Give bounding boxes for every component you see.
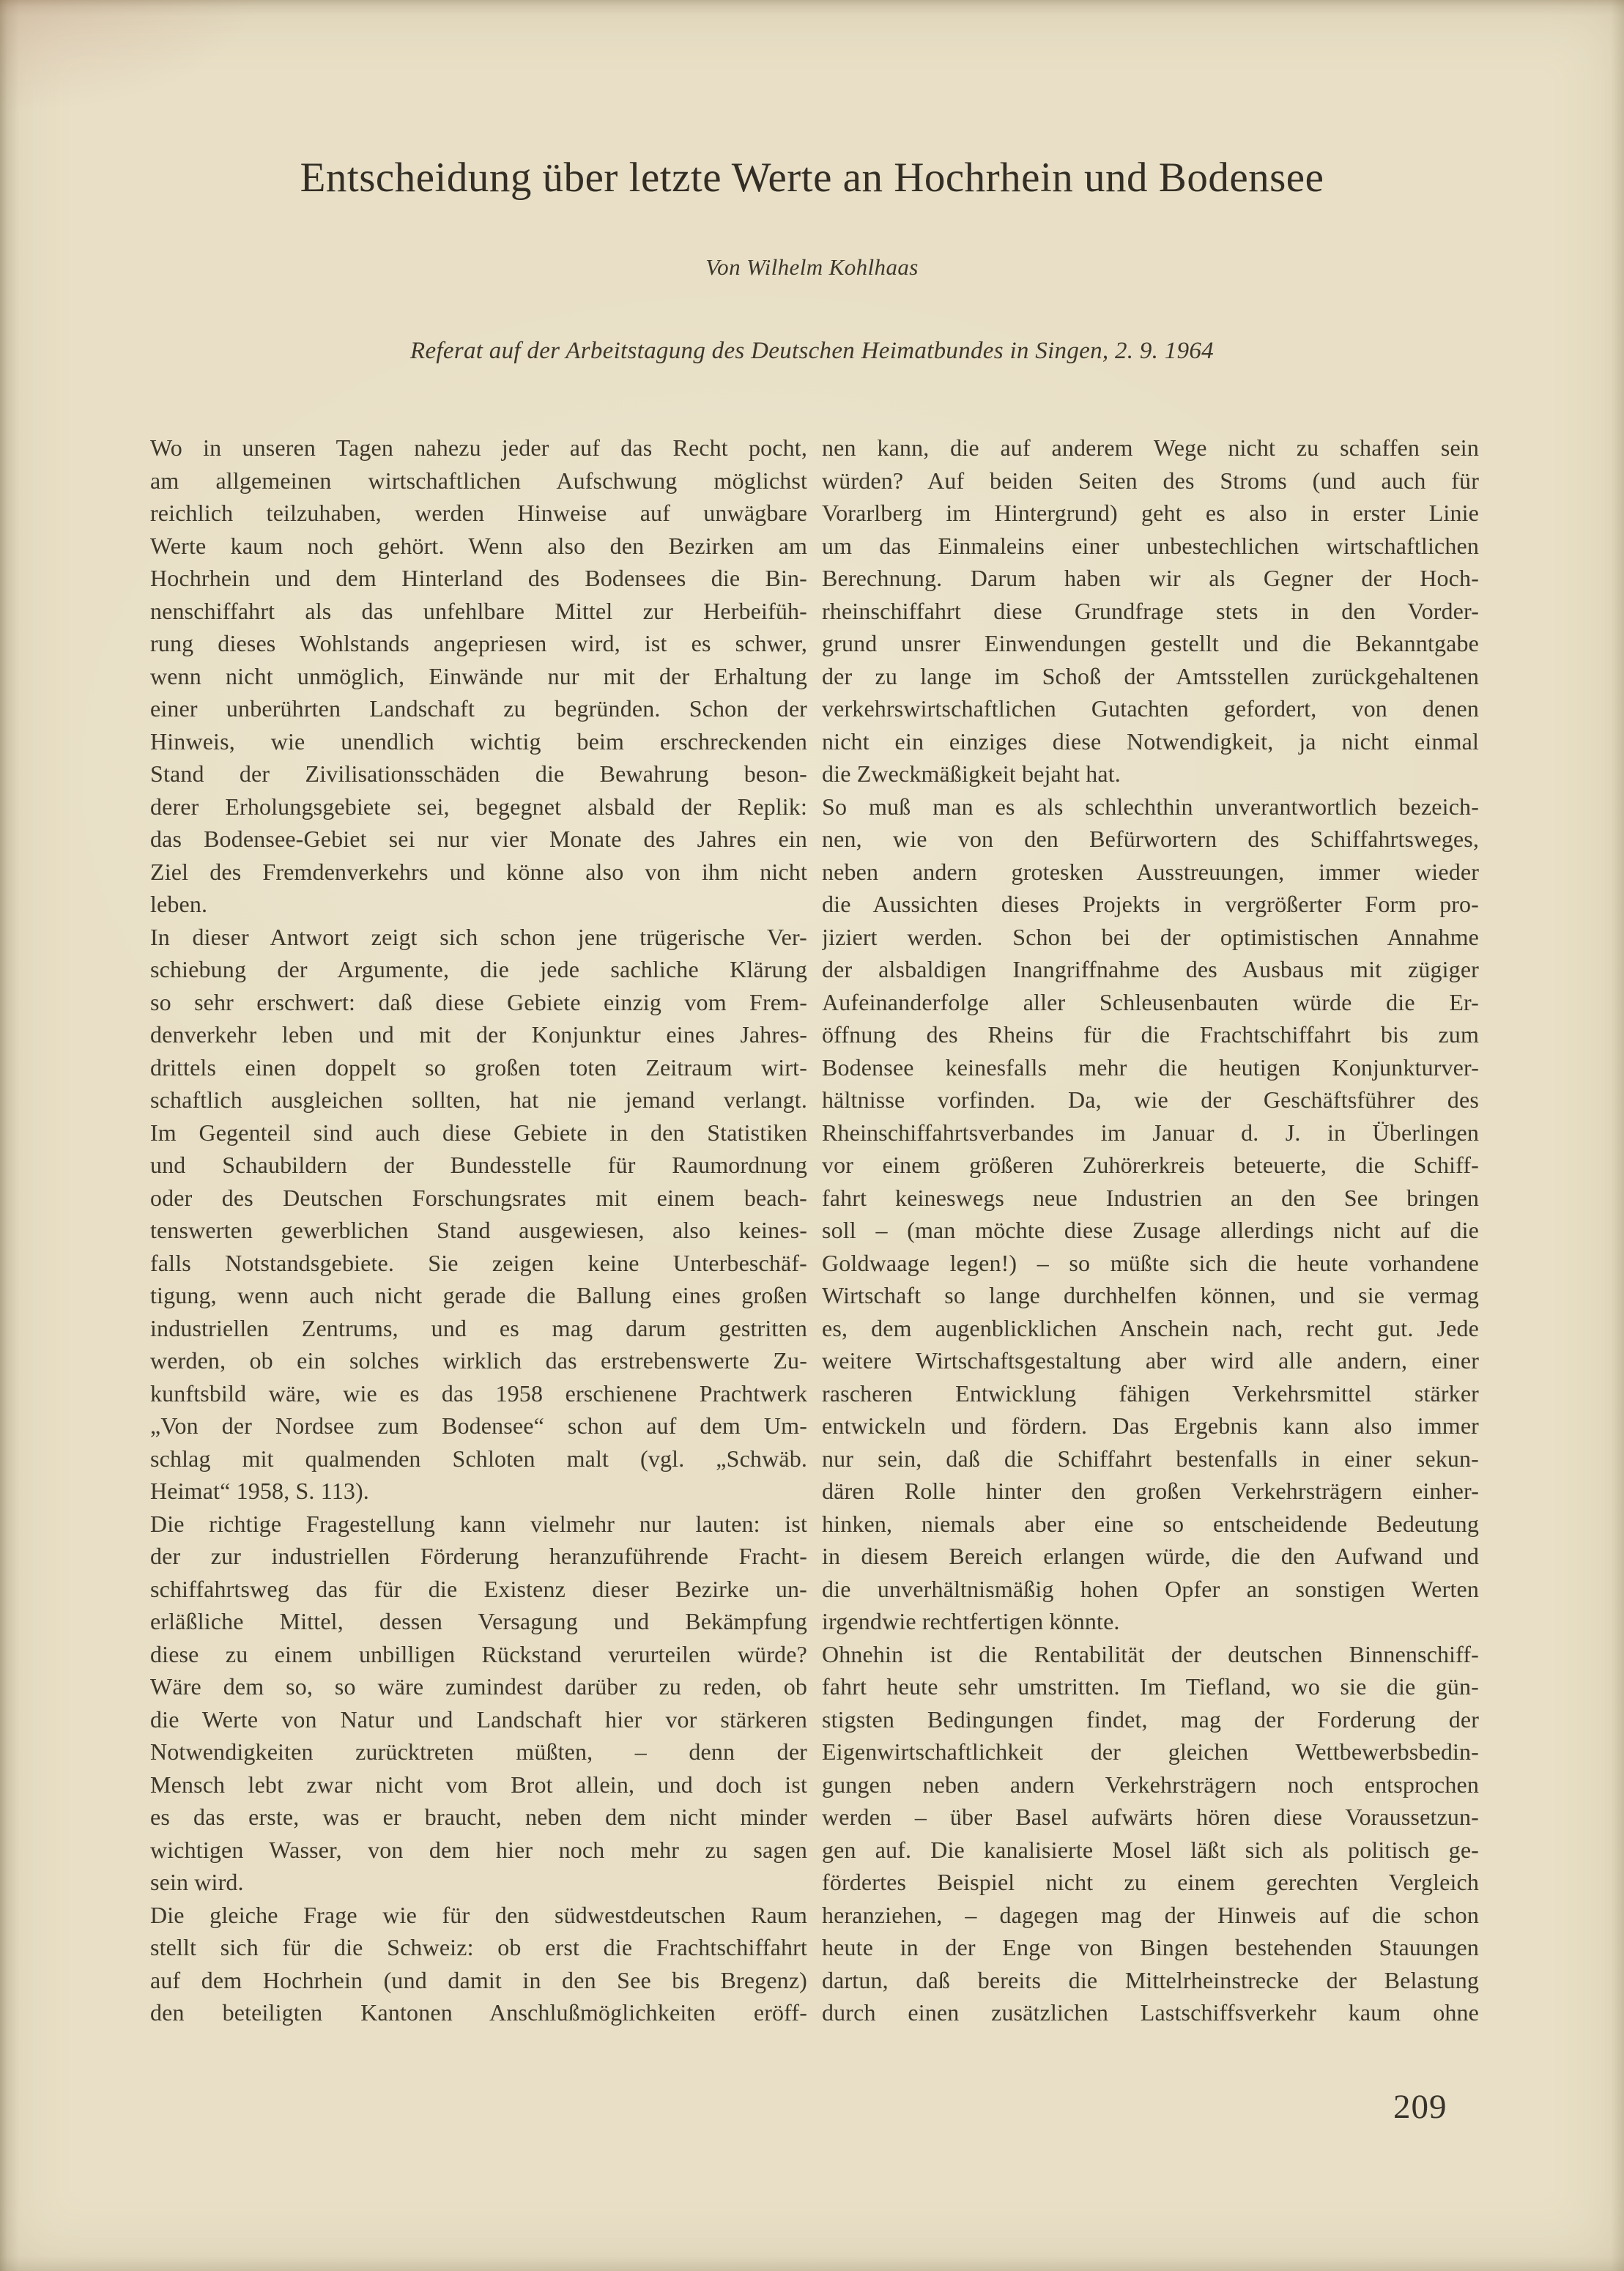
text-line: so sehr erschwert: daß diese Gebiete ein… [150, 986, 807, 1019]
text-line: kunftsbild wäre, wie es das 1958 erschie… [150, 1377, 807, 1410]
text-line: heranziehen, – dagegen mag der Hinweis a… [822, 1899, 1479, 1932]
article-subtitle: Referat auf der Arbeitstagung des Deutsc… [0, 338, 1624, 365]
scanned-page: Entscheidung über letzte Werte an Hochrh… [0, 0, 1624, 2271]
text-line: industriellen Zentrums, und es mag darum… [150, 1312, 807, 1345]
text-line: nen kann, die auf anderem Wege nicht zu … [822, 431, 1479, 464]
text-line: Die gleiche Frage wie für den südwestdeu… [150, 1899, 807, 1932]
text-line: heute in der Enge von Bingen bestehenden… [822, 1931, 1479, 1964]
text-line: neben andern grotesken Ausstreuungen, im… [822, 856, 1479, 889]
text-line: fördertes Beispiel nicht zu einem gerech… [822, 1866, 1479, 1899]
text-line: denverkehr leben und mit der Konjunktur … [150, 1018, 807, 1051]
text-line: drittels einen doppelt so großen toten Z… [150, 1051, 807, 1084]
text-line: die Werte von Natur und Landschaft hier … [150, 1703, 807, 1736]
text-line: soll – (man möchte diese Zusage allerdin… [822, 1214, 1479, 1247]
text-line: In dieser Antwort zeigt sich schon jene … [150, 921, 807, 954]
text-line: leben. [150, 888, 807, 921]
text-line: Hochrhein und dem Hinterland des Bodense… [150, 562, 807, 595]
text-line: der zur industriellen Förderung heranzuf… [150, 1540, 807, 1573]
text-line: fahrt keineswegs neue Industrien an den … [822, 1182, 1479, 1215]
text-line: „Von der Nordsee zum Bodensee“ schon auf… [150, 1409, 807, 1442]
text-line: Eigenwirtschaftlichkeit der gleichen Wet… [822, 1735, 1479, 1768]
text-line: die unverhältnismäßig hohen Opfer an son… [822, 1573, 1479, 1606]
text-line: durch einen zusätzlichen Lastschiffsverk… [822, 1996, 1479, 2029]
text-line: es, dem augenblicklichen Anschein nach, … [822, 1312, 1479, 1345]
text-line: rung dieses Wohlstands angepriesen wird,… [150, 627, 807, 660]
text-line: öffnung des Rheins für die Frachtschiffa… [822, 1018, 1479, 1051]
text-line: tigung, wenn auch nicht gerade die Ballu… [150, 1279, 807, 1312]
text-line: es das erste, was er braucht, neben dem … [150, 1801, 807, 1834]
text-line: falls Notstandsgebiete. Sie zeigen keine… [150, 1247, 807, 1280]
text-line: auf dem Hochrhein (und damit in den See … [150, 1964, 807, 1997]
text-line: stellt sich für die Schweiz: ob erst die… [150, 1931, 807, 1964]
article-byline: Von Wilhelm Kohlhaas [0, 254, 1624, 281]
text-line: weitere Wirtschaftsgestaltung aber wird … [822, 1344, 1479, 1377]
text-line: dären Rolle hinter den großen Verkehrstr… [822, 1475, 1479, 1508]
text-line: Mensch lebt zwar nicht vom Brot allein, … [150, 1768, 807, 1801]
text-line: vor einem größeren Zuhörerkreis beteuert… [822, 1149, 1479, 1182]
text-line: Stand der Zivilisationsschäden die Bewah… [150, 757, 807, 790]
text-line: sein wird. [150, 1866, 807, 1899]
article-title: Entscheidung über letzte Werte an Hochrh… [0, 154, 1624, 201]
text-line: Aufeinanderfolge aller Schleusenbauten w… [822, 986, 1479, 1019]
text-line: diese zu einem unbilligen Rückstand veru… [150, 1638, 807, 1671]
text-line: der alsbaldigen Inangriffnahme des Ausba… [822, 953, 1479, 986]
text-line: würden? Auf beiden Seiten des Stroms (un… [822, 464, 1479, 497]
text-line: das Bodensee-Gebiet sei nur vier Monate … [150, 823, 807, 856]
text-line: Ohnehin ist die Rentabilität der deutsch… [822, 1638, 1479, 1671]
text-line: werden – über Basel aufwärts hören diese… [822, 1801, 1479, 1834]
text-line: gen auf. Die kanalisierte Mosel läßt sic… [822, 1834, 1479, 1867]
text-line: Rheinschiffahrtsverbandes im Januar d. J… [822, 1116, 1479, 1149]
text-line: nicht ein einziges diese Notwendigkeit, … [822, 725, 1479, 758]
text-line: in diesem Bereich erlangen würde, die de… [822, 1540, 1479, 1573]
text-line: dartun, daß bereits die Mittelrheinstrec… [822, 1964, 1479, 1997]
text-line: Bodensee keinesfalls mehr die heutigen K… [822, 1051, 1479, 1084]
text-line: hältnisse vorfinden. Da, wie der Geschäf… [822, 1083, 1479, 1116]
text-line: grund unsrer Einwendungen gestellt und d… [822, 627, 1479, 660]
text-line: den beteiligten Kantonen Anschlußmöglich… [150, 1996, 807, 2029]
text-line: schaftlich ausgleichen sollten, hat nie … [150, 1083, 807, 1116]
text-line: schiebung der Argumente, die jede sachli… [150, 953, 807, 986]
text-line: gungen neben andern Verkehrsträgern noch… [822, 1768, 1479, 1801]
text-line: Hinweis, wie unendlich wichtig beim ersc… [150, 725, 807, 758]
text-line: werden, ob ein solches wirklich das erst… [150, 1344, 807, 1377]
text-line: nur sein, daß die Schiffahrt bestenfalls… [822, 1442, 1479, 1475]
text-line: derer Erholungsgebiete sei, begegnet als… [150, 790, 807, 823]
text-line: oder des Deutschen Forschungsrates mit e… [150, 1182, 807, 1215]
text-line: die Zweckmäßigkeit bejaht hat. [822, 757, 1479, 790]
text-line: hinken, niemals aber eine so entscheiden… [822, 1508, 1479, 1541]
page-number: 209 [1393, 2087, 1447, 2127]
text-line: Goldwaage legen!) – so müßte sich die he… [822, 1247, 1479, 1280]
text-line: Berechnung. Darum haben wir als Gegner d… [822, 562, 1479, 595]
text-line: einer unberührten Landschaft zu begründe… [150, 692, 807, 725]
text-line: nenschiffahrt als das unfehlbare Mittel … [150, 595, 807, 628]
text-line: reichlich teilzuhaben, werden Hinweise a… [150, 497, 807, 530]
text-line: Werte kaum noch gehört. Wenn also den Be… [150, 530, 807, 563]
text-line: schlag mit qualmenden Schloten malt (vgl… [150, 1442, 807, 1475]
text-line: irgendwie rechtfertigen könnte. [822, 1605, 1479, 1638]
text-line: stigsten Bedingungen findet, mag der For… [822, 1703, 1479, 1736]
text-line: Notwendigkeiten zurücktreten müßten, – d… [150, 1735, 807, 1768]
text-line: rheinschiffahrt diese Grundfrage stets i… [822, 595, 1479, 628]
text-line: und Schaubildern der Bundesstelle für Ra… [150, 1149, 807, 1182]
text-line: am allgemeinen wirtschaftlichen Aufschwu… [150, 464, 807, 497]
text-line: verkehrswirtschaftlichen Gutachten gefor… [822, 692, 1479, 725]
text-line: fahrt heute sehr umstritten. Im Tiefland… [822, 1670, 1479, 1703]
text-line: rascheren Entwicklung fähigen Verkehrsmi… [822, 1377, 1479, 1410]
text-line: Heimat“ 1958, S. 113). [150, 1475, 807, 1508]
text-line: wichtigen Wasser, von dem hier noch mehr… [150, 1834, 807, 1867]
text-line: tenswerten gewerblichen Stand ausgewiese… [150, 1214, 807, 1247]
text-line: jiziert werden. Schon bei der optimistis… [822, 921, 1479, 954]
text-line: erläßliche Mittel, dessen Versagung und … [150, 1605, 807, 1638]
text-line: die Aussichten dieses Projekts in vergrö… [822, 888, 1479, 921]
text-line: nen, wie von den Befürwortern des Schiff… [822, 823, 1479, 856]
text-line: Im Gegenteil sind auch diese Gebiete in … [150, 1116, 807, 1149]
text-line: Wäre dem so, so wäre zumindest darüber z… [150, 1670, 807, 1703]
text-line: So muß man es als schlechthin unverantwo… [822, 790, 1479, 823]
text-line: der zu lange im Schoß der Amtsstellen zu… [822, 660, 1479, 693]
text-line: Vorarlberg im Hintergrund) geht es also … [822, 497, 1479, 530]
text-line: um das Einmaleins einer unbestechlichen … [822, 530, 1479, 563]
text-line: entwickeln und fördern. Das Ergebnis kan… [822, 1409, 1479, 1442]
text-line: Ziel des Fremdenverkehrs und könne also … [150, 856, 807, 889]
text-line: Wirtschaft so lange durchhelfen können, … [822, 1279, 1479, 1312]
text-line: wenn nicht unmöglich, Einwände nur mit d… [150, 660, 807, 693]
text-column-left: Wo in unseren Tagen nahezu jeder auf das… [150, 431, 807, 2029]
text-line: Die richtige Fragestellung kann vielmehr… [150, 1508, 807, 1541]
text-column-right: nen kann, die auf anderem Wege nicht zu … [822, 431, 1479, 2029]
text-line: schiffahrtsweg das für die Existenz dies… [150, 1573, 807, 1606]
text-line: Wo in unseren Tagen nahezu jeder auf das… [150, 431, 807, 464]
